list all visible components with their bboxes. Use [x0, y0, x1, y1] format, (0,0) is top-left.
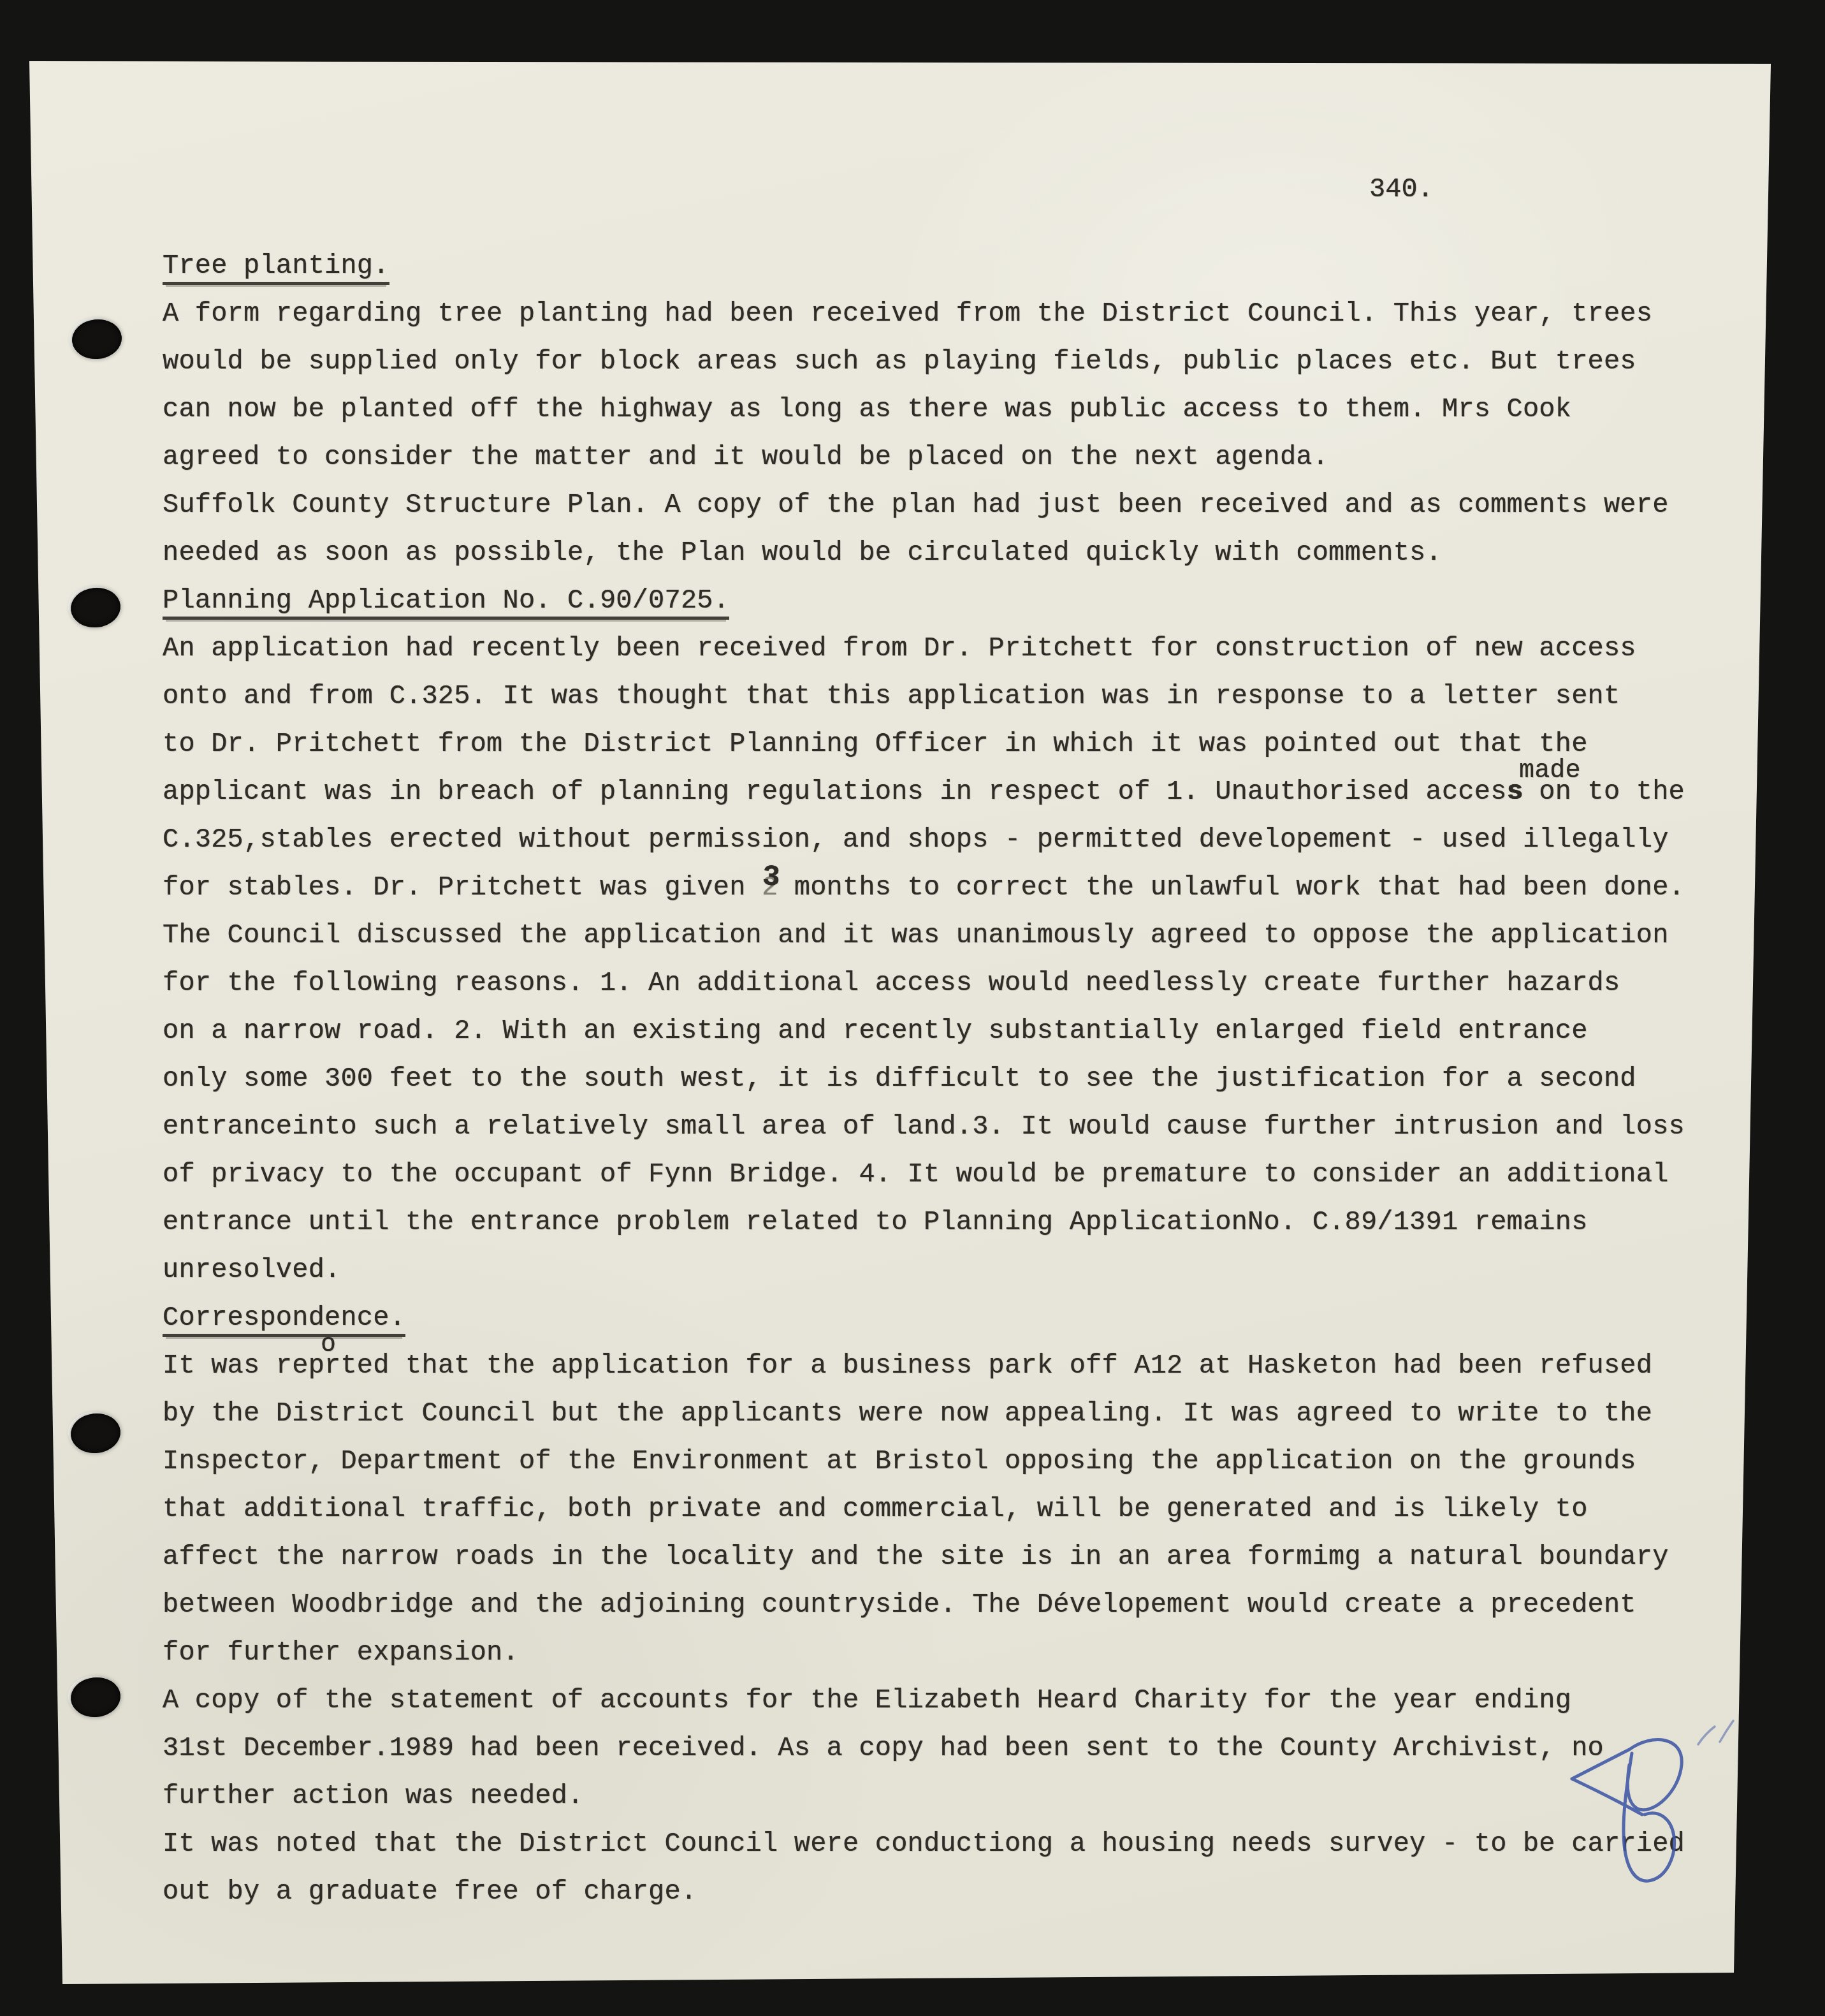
document-line: by the District Council but the applican…: [163, 1400, 1652, 1427]
document-line: can now be planted off the highway as lo…: [163, 396, 1571, 423]
document-line: agreed to consider the matter and it wou…: [163, 444, 1328, 471]
document-line: would be supplied only for block areas s…: [163, 348, 1636, 375]
document-line: C.325,stables erected without permission…: [163, 826, 1669, 853]
document-line: only some 300 feet to the south west, it…: [163, 1065, 1636, 1092]
document-line: for further expansion.: [163, 1639, 519, 1666]
document-line: Inspector, Department of the Environment…: [163, 1448, 1636, 1475]
document-line: out by a graduate free of charge.: [163, 1878, 697, 1905]
document-line: for the following reasons. 1. An additio…: [163, 970, 1620, 997]
document-line: unresolved.: [163, 1257, 340, 1283]
document-line: for stables. Dr. Pritchett was given 23 …: [163, 874, 1685, 901]
document-line: Suffolk County Structure Plan. A copy of…: [163, 492, 1669, 518]
document-line: entrance until the entrance problem rela…: [163, 1209, 1588, 1236]
section-heading: Planning Application No. C.90/0725.: [163, 587, 729, 620]
document-line: It was reported that the application for…: [163, 1352, 1652, 1379]
scan-background: 340. Tree planting.A form regarding tree…: [0, 0, 1825, 2016]
document-line: The Council discussed the application an…: [163, 922, 1669, 949]
document-line: entranceinto such a relatively small are…: [163, 1113, 1685, 1140]
document-line: affect the narrow roads in the locality …: [163, 1544, 1669, 1570]
document-line: A form regarding tree planting had been …: [163, 300, 1652, 327]
document-line: It was noted that the District Council w…: [163, 1830, 1685, 1857]
section-heading: Correspondence.: [163, 1304, 405, 1337]
document-line: further action was needed.: [163, 1783, 584, 1809]
document-line: A copy of the statement of accounts for …: [163, 1687, 1571, 1714]
document-line: needed as soon as possible, the Plan wou…: [163, 539, 1442, 566]
document-line: between Woodbridge and the adjoining cou…: [163, 1591, 1636, 1618]
document-line: applicant was in breach of planning regu…: [163, 778, 1685, 805]
document-line: of privacy to the occupant of Fynn Bridg…: [163, 1161, 1669, 1188]
document-line: 31st December.1989 had been received. As…: [163, 1735, 1604, 1762]
section-heading: Tree planting.: [163, 252, 389, 285]
document-line: that additional traffic, both private an…: [163, 1496, 1588, 1523]
document-line: to Dr. Pritchett from the District Plann…: [163, 731, 1588, 757]
document-line: onto and from C.325. It was thought that…: [163, 683, 1620, 710]
document-line: An application had recently been receive…: [163, 635, 1636, 662]
handwritten-correction: 23: [762, 874, 778, 901]
document-line: on a narrow road. 2. With an existing an…: [163, 1018, 1588, 1044]
page-number: 340.: [1369, 176, 1434, 203]
